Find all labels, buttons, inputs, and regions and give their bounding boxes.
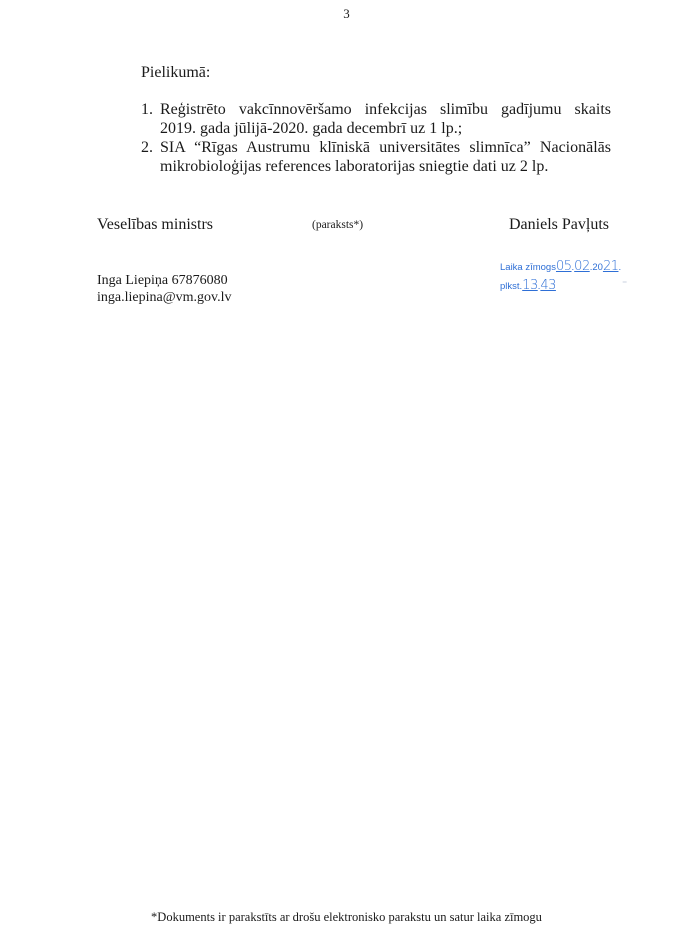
- contact-email: inga.liepina@vm.gov.lv: [97, 289, 231, 306]
- attachment-number: 1.: [141, 100, 160, 138]
- contact-block: Inga Liepiņa 67876080 inga.liepina@vm.go…: [97, 272, 231, 306]
- attachments-heading: Pielikumā:: [141, 64, 210, 82]
- stamp-month: 02: [574, 259, 590, 274]
- stamp-date-line: Laika zīmogs05.02.2021.: [500, 258, 621, 277]
- contact-name-phone: Inga Liepiņa 67876080: [97, 272, 231, 289]
- stamp-time-label: plkst.: [500, 281, 522, 292]
- attachment-number: 2.: [141, 138, 160, 176]
- attachment-line: 2019. gada jūlijā-2020. gada decembrī uz…: [160, 120, 462, 137]
- attachment-line: SIA “Rīgas Austrumu klīniskā universitāt…: [160, 138, 611, 157]
- signatory-title: Veselības ministrs: [97, 216, 213, 234]
- footnote: *Dokuments ir parakstīts ar drošu elektr…: [0, 910, 693, 925]
- timestamp-stamp: Laika zīmogs05.02.2021. plkst.13.43: [500, 258, 621, 296]
- stamp-hour: 13: [522, 278, 538, 293]
- page-number: 3: [0, 6, 693, 22]
- attachments-list: 1. Reģistrēto vakcīnnovēršamo infekcijas…: [141, 100, 611, 176]
- signatory-name: Daniels Pavļuts: [509, 216, 609, 234]
- attachment-text: Reģistrēto vakcīnnovēršamo infekcijas sl…: [160, 100, 611, 138]
- signature-placeholder: (paraksts*): [312, 219, 363, 231]
- attachment-line: mikrobioloģijas references laboratorijas…: [160, 158, 548, 175]
- attachment-text: SIA “Rīgas Austrumu klīniskā universitāt…: [160, 138, 611, 176]
- attachment-item: 2. SIA “Rīgas Austrumu klīniskā universi…: [141, 138, 611, 176]
- stamp-minute: 43: [540, 278, 556, 293]
- stamp-year-prefix: 20: [592, 262, 603, 273]
- stamp-time-line: plkst.13.43: [500, 277, 621, 296]
- stamp-year-suffix: 21: [603, 259, 619, 274]
- stamp-date-label: Laika zīmogs: [500, 262, 556, 273]
- stamp-mark-icon: ⁼: [622, 279, 627, 290]
- stamp-day: 05: [556, 259, 572, 274]
- attachment-item: 1. Reģistrēto vakcīnnovēršamo infekcijas…: [141, 100, 611, 138]
- attachment-line: Reģistrēto vakcīnnovēršamo infekcijas sl…: [160, 100, 611, 119]
